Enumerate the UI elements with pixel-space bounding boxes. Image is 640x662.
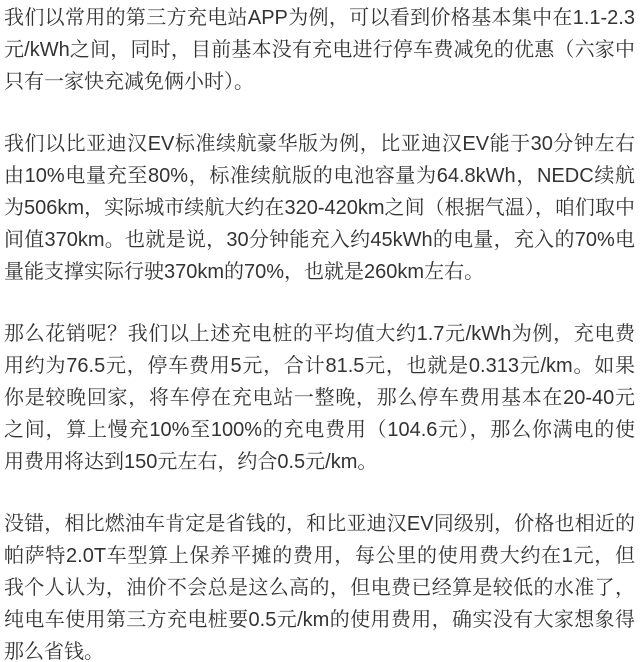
paragraph-comparison-conclusion: 没错，相比燃油车肯定是省钱的，和比亚迪汉EV同级别，价格也相近的帕萨特2.0T车… [4, 508, 635, 662]
paragraph-charging-prices: 我们以常用的第三方充电站APP为例，可以看到价格基本集中在1.1-2.3元/kW… [4, 2, 635, 98]
page: { "article": { "text_color": "#333333", … [0, 0, 640, 662]
paragraph-byd-han-range: 我们以比亚迪汉EV标准续航豪华版为例，比亚迪汉EV能于30分钟左右由10%电量充… [4, 128, 635, 288]
paragraph-cost-calculation: 那么花销呢？我们以上述充电桩的平均值大约1.7元/kWh为例，充电费用约为76.… [4, 318, 635, 478]
article-body: 我们以常用的第三方充电站APP为例，可以看到价格基本集中在1.1-2.3元/kW… [0, 0, 640, 662]
